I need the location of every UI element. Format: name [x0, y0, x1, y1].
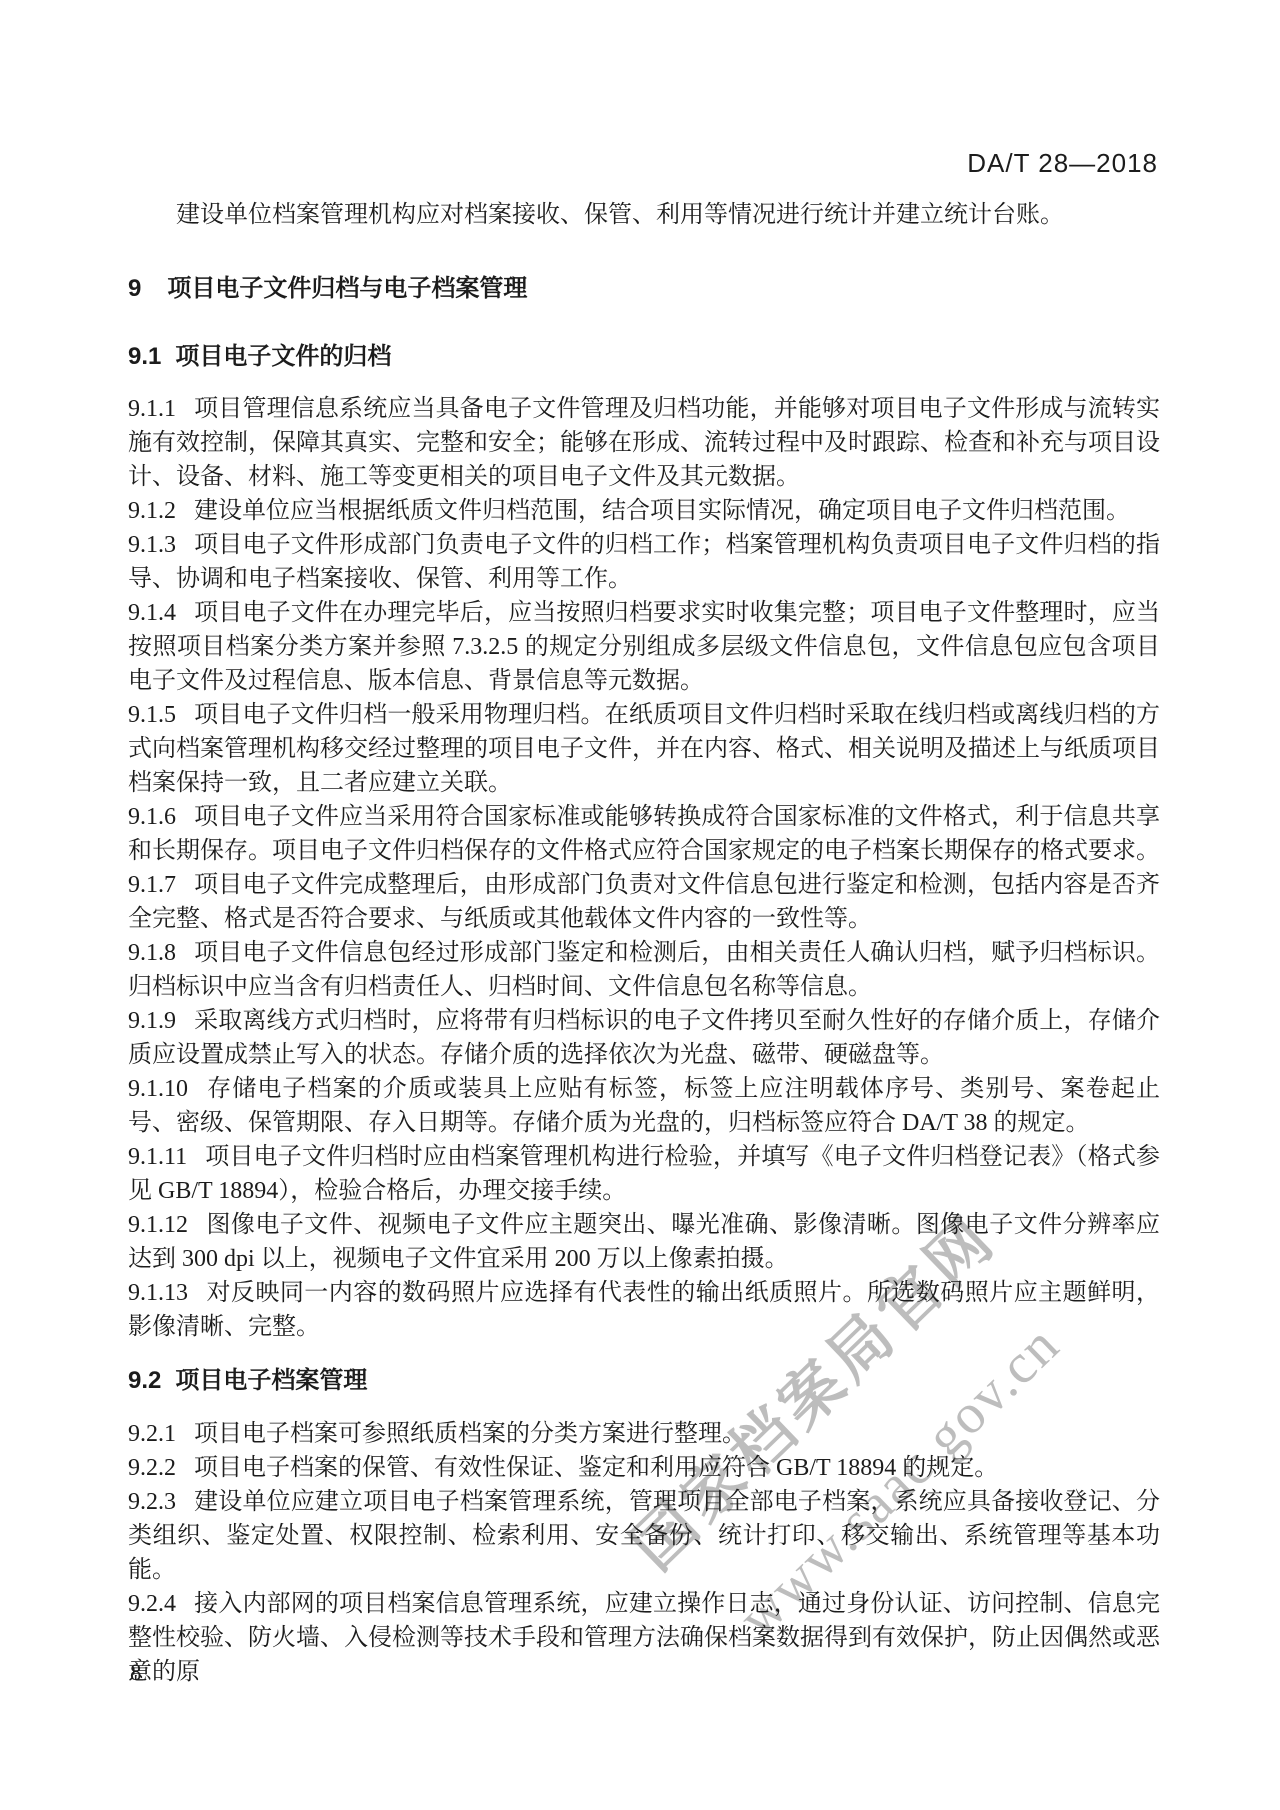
- clause-9-1-4: 9.1.4项目电子文件在办理完毕后，应当按照归档要求实时收集完整；项目电子文件整…: [128, 596, 1160, 698]
- clause-number: 9.1.10: [128, 1076, 188, 1102]
- chapter-number: 9: [128, 275, 141, 302]
- clause-number: 9.1.8: [128, 940, 176, 966]
- document-page: 国家档案局官网 www.saac.gov.cn DA/T 28—2018 建设单…: [0, 0, 1280, 1810]
- section-9-2-heading: 9.2项目电子档案管理: [128, 1364, 1160, 1398]
- clause-9-1-1: 9.1.1项目管理信息系统应当具备电子文件管理及归档功能，并能够对项目电子文件形…: [128, 392, 1160, 494]
- clause-9-2-2: 9.2.2项目电子档案的保管、有效性保证、鉴定和利用应符合 GB/T 18894…: [128, 1451, 1160, 1485]
- clause-9-1-13: 9.1.13对反映同一内容的数码照片应选择有代表性的输出纸质照片。所选数码照片应…: [128, 1276, 1160, 1344]
- standard-number-header: DA/T 28—2018: [967, 148, 1158, 179]
- clause-9-1-5: 9.1.5项目电子文件归档一般采用物理归档。在纸质项目文件归档时采取在线归档或离…: [128, 698, 1160, 800]
- clause-9-2-4: 9.2.4接入内部网的项目档案信息管理系统，应建立操作日志，通过身份认证、访问控…: [128, 1587, 1160, 1689]
- clause-number: 9.1.11: [128, 1144, 187, 1170]
- clause-number: 9.1.6: [128, 804, 176, 830]
- clause-9-1-12: 9.1.12图像电子文件、视频电子文件应主题突出、曝光准确、影像清晰。图像电子文…: [128, 1208, 1160, 1276]
- chapter-title: 项目电子文件归档与电子档案管理: [167, 275, 527, 302]
- clause-9-1-10: 9.1.10存储电子档案的介质或装具上应贴有标签，标签上应注明载体序号、类别号、…: [128, 1072, 1160, 1140]
- clause-number: 9.1.4: [128, 600, 176, 626]
- clause-text: 对反映同一内容的数码照片应选择有代表性的输出纸质照片。所选数码照片应主题鲜明，影…: [128, 1280, 1160, 1340]
- section-title: 项目电子文件的归档: [175, 343, 391, 370]
- clause-text: 项目管理信息系统应当具备电子文件管理及归档功能，并能够对项目电子文件形成与流转实…: [128, 396, 1160, 490]
- clause-text: 项目电子档案可参照纸质档案的分类方案进行整理。: [194, 1421, 746, 1447]
- clause-text: 项目电子文件归档一般采用物理归档。在纸质项目文件归档时采取在线归档或离线归档的方…: [128, 702, 1160, 796]
- clause-text: 项目电子文件归档时应由档案管理机构进行检验，并填写《电子文件归档登记表》（格式参…: [128, 1144, 1160, 1204]
- clause-9-2-1: 9.2.1项目电子档案可参照纸质档案的分类方案进行整理。: [128, 1417, 1160, 1451]
- section-number: 9.1: [128, 343, 161, 370]
- clause-number: 9.1.7: [128, 872, 176, 898]
- clause-text: 项目电子文件在办理完毕后，应当按照归档要求实时收集完整；项目电子文件整理时，应当…: [128, 600, 1160, 694]
- clause-number: 9.2.2: [128, 1455, 176, 1481]
- clause-text: 图像电子文件、视频电子文件应主题突出、曝光准确、影像清晰。图像电子文件分辨率应达…: [128, 1212, 1160, 1272]
- clause-text: 项目电子文件形成部门负责电子文件的归档工作；档案管理机构负责项目电子文件归档的指…: [128, 532, 1160, 592]
- clause-text: 建设单位应当根据纸质文件归档范围，结合项目实际情况，确定项目电子文件归档范围。: [194, 498, 1130, 524]
- clause-9-2-3: 9.2.3建设单位应建立项目电子档案管理系统，管理项目全部电子档案，系统应具备接…: [128, 1485, 1160, 1587]
- clause-text: 接入内部网的项目档案信息管理系统，应建立操作日志，通过身份认证、访问控制、信息完…: [128, 1591, 1160, 1685]
- intro-paragraph: 建设单位档案管理机构应对档案接收、保管、利用等情况进行统计并建立统计台账。: [128, 198, 1160, 232]
- clause-9-1-3: 9.1.3项目电子文件形成部门负责电子文件的归档工作；档案管理机构负责项目电子文…: [128, 528, 1160, 596]
- clause-number: 9.1.12: [128, 1212, 188, 1238]
- clause-number: 9.1.2: [128, 498, 176, 524]
- clause-text: 项目电子文件应当采用符合国家标准或能够转换成符合国家标准的文件格式，利于信息共享…: [128, 804, 1160, 864]
- clause-9-1-11: 9.1.11项目电子文件归档时应由档案管理机构进行检验，并填写《电子文件归档登记…: [128, 1140, 1160, 1208]
- clause-text: 项目电子档案的保管、有效性保证、鉴定和利用应符合 GB/T 18894 的规定。: [194, 1455, 998, 1481]
- clause-number: 9.1.9: [128, 1008, 176, 1034]
- clause-number: 9.2.4: [128, 1591, 176, 1617]
- clause-text: 项目电子文件完成整理后，由形成部门负责对文件信息包进行鉴定和检测，包括内容是否齐…: [128, 872, 1160, 932]
- clause-9-1-9: 9.1.9采取离线方式归档时，应将带有归档标识的电子文件拷贝至耐久性好的存储介质…: [128, 1004, 1160, 1072]
- clause-text: 采取离线方式归档时，应将带有归档标识的电子文件拷贝至耐久性好的存储介质上，存储介…: [128, 1008, 1160, 1068]
- section-9-1-heading: 9.1项目电子文件的归档: [128, 340, 1160, 374]
- clause-text: 项目电子文件信息包经过形成部门鉴定和检测后，由相关责任人确认归档，赋予归档标识。…: [128, 940, 1160, 1000]
- clause-9-1-8: 9.1.8项目电子文件信息包经过形成部门鉴定和检测后，由相关责任人确认归档，赋予…: [128, 936, 1160, 1004]
- clause-text: 建设单位应建立项目电子档案管理系统，管理项目全部电子档案，系统应具备接收登记、分…: [128, 1489, 1160, 1583]
- clause-number: 9.1.1: [128, 396, 176, 422]
- chapter-9-heading: 9项目电子文件归档与电子档案管理: [128, 272, 1160, 306]
- section-number: 9.2: [128, 1367, 161, 1394]
- clause-number: 9.2.3: [128, 1489, 176, 1515]
- clause-number: 9.1.3: [128, 532, 176, 558]
- page-number: 8: [130, 1660, 142, 1686]
- clause-text: 存储电子档案的介质或装具上应贴有标签，标签上应注明载体序号、类别号、案卷起止号、…: [128, 1076, 1160, 1136]
- section-title: 项目电子档案管理: [175, 1367, 367, 1394]
- clause-9-1-2: 9.1.2建设单位应当根据纸质文件归档范围，结合项目实际情况，确定项目电子文件归…: [128, 494, 1160, 528]
- clause-number: 9.2.1: [128, 1421, 176, 1447]
- clause-number: 9.1.13: [128, 1280, 188, 1306]
- clause-9-1-7: 9.1.7项目电子文件完成整理后，由形成部门负责对文件信息包进行鉴定和检测，包括…: [128, 868, 1160, 936]
- clause-9-1-6: 9.1.6项目电子文件应当采用符合国家标准或能够转换成符合国家标准的文件格式，利…: [128, 800, 1160, 868]
- document-content: 建设单位档案管理机构应对档案接收、保管、利用等情况进行统计并建立统计台账。 9项…: [128, 198, 1160, 1689]
- clause-number: 9.1.5: [128, 702, 176, 728]
